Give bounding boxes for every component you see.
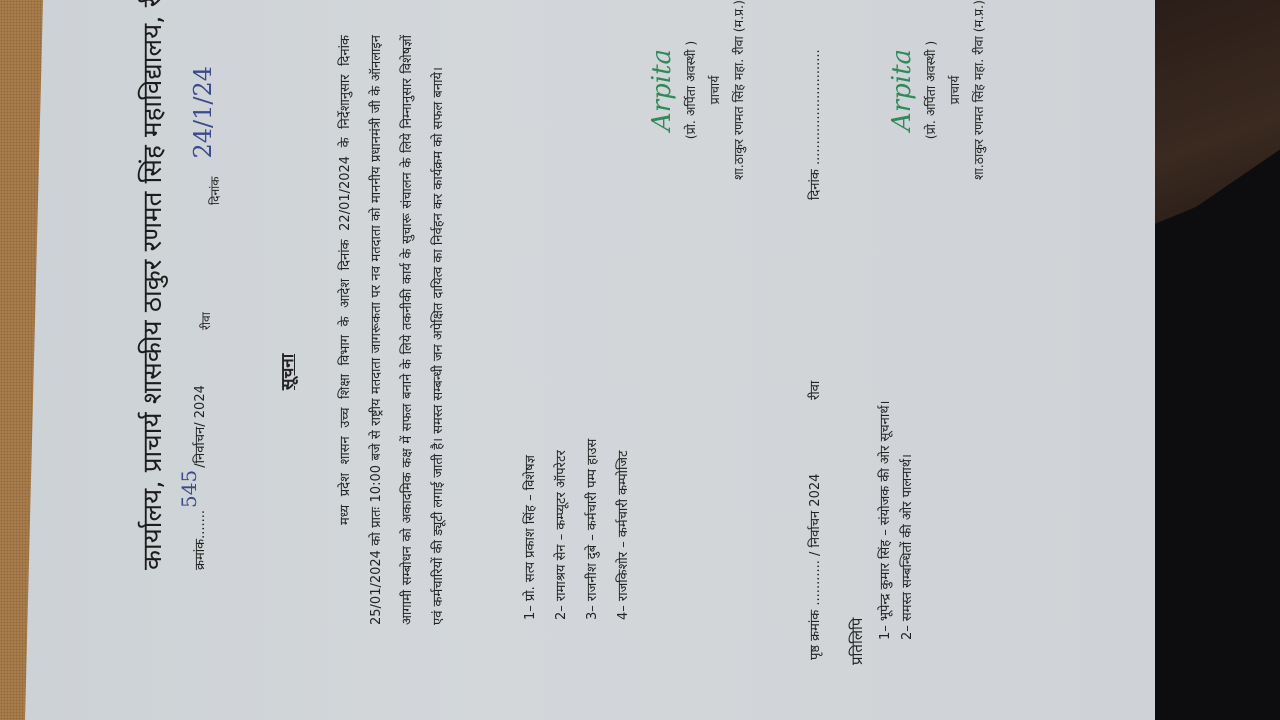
duty-item: 3– राजनीश दुबे – कर्मचारी पम्प हाउस bbox=[577, 439, 608, 620]
signatory-name: (प्रो. अर्पिता अवस्थी ) bbox=[679, 0, 703, 200]
rotated-document: कार्यालय, प्राचार्य शासकीय ठाकुर रणमत सि… bbox=[25, 0, 1155, 720]
signature-block: Arpita (प्रो. अर्पिता अवस्थी ) प्राचार्य… bbox=[645, 0, 751, 200]
signatory-institution: शा.ठाकुर रणमत सिंह महा. रीवा (म.प्र.) bbox=[727, 0, 751, 200]
copy-item: 1– भूपेन्द्र कुमार सिंह – संयोजक की ओर स… bbox=[875, 401, 897, 640]
signatory-institution: शा.ठाकुर रणमत सिंह महा. रीवा (म.प्र.) bbox=[967, 0, 991, 200]
duty-item: 4– राजकिशोर – कर्मचारी कम्पोजिट bbox=[608, 439, 639, 620]
notice-body: मध्य प्रदेश शासन उच्च शिक्षा विभाग के आद… bbox=[330, 35, 454, 625]
city: रीवा bbox=[197, 312, 214, 330]
copy-to-heading: प्रतिलिपि bbox=[847, 618, 867, 665]
date-label: दिनांक bbox=[208, 177, 222, 205]
signature-mark: Arpita bbox=[645, 0, 679, 200]
office-title: कार्यालय, प्राचार्य शासकीय ठाकुर रणमत सि… bbox=[133, 0, 169, 570]
handwritten-number: 545 bbox=[177, 470, 201, 508]
signature-mark: Arpita bbox=[885, 0, 919, 200]
copy-to-list: 1– भूपेन्द्र कुमार सिंह – संयोजक की ओर स… bbox=[875, 401, 919, 640]
duty-item: 1– प्रो. सत्य प्रकाश सिंह – विशेषज्ञ bbox=[515, 439, 546, 620]
endorsement-number: पृष्ठ क्रमांक ........... / निर्वाचन 202… bbox=[805, 474, 823, 660]
endorsement-city: रीवा bbox=[805, 381, 823, 400]
endorsement-date: दिनांक ............................ bbox=[805, 49, 823, 200]
signatory-name: (प्रो. अर्पिता अवस्थी ) bbox=[919, 0, 943, 200]
notice-text: मध्य प्रदेश शासन उच्च शिक्षा विभाग के आद… bbox=[338, 35, 446, 625]
signature-block-2: Arpita (प्रो. अर्पिता अवस्थी ) प्राचार्य… bbox=[885, 0, 991, 200]
duty-list: 1– प्रो. सत्य प्रकाश सिंह – विशेषज्ञ 2– … bbox=[515, 439, 639, 620]
duty-item: 2– रामाश्रय सेन – कम्प्यूटर ऑपरेटर bbox=[546, 439, 577, 620]
copy-item: 2– समस्त सम्बन्धितों की ओर पालनार्थ। bbox=[897, 401, 919, 640]
background-object bbox=[1140, 0, 1280, 230]
kramank-suffix: /निर्वाचन/ 2024 bbox=[193, 385, 208, 468]
kramank-label: क्रमांक bbox=[193, 539, 208, 570]
reference-number: क्रमांक.......545/निर्वाचन/ 2024 bbox=[185, 385, 209, 570]
handwritten-date: 24/1/24 bbox=[189, 66, 217, 159]
issue-date: दिनांक24/1/24 bbox=[197, 66, 225, 205]
signatory-designation: प्राचार्य bbox=[703, 0, 727, 200]
notice-heading: सूचना bbox=[275, 354, 298, 390]
signatory-designation: प्राचार्य bbox=[943, 0, 967, 200]
